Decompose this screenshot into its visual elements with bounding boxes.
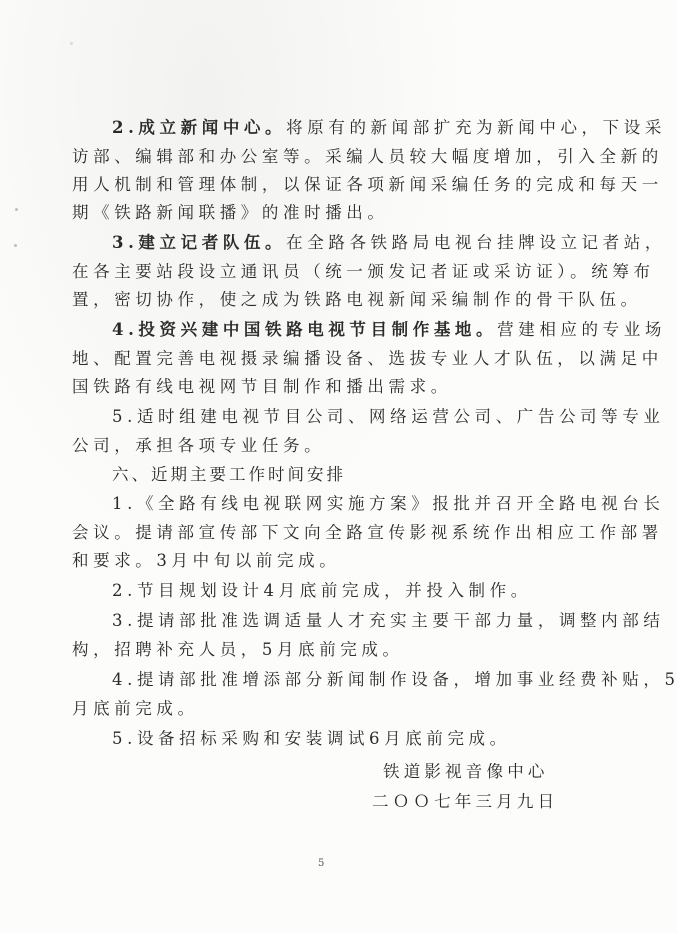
schedule-item-2-line-1: 2.节目规划设计4月底前完成，并投入制作。: [112, 581, 652, 601]
scan-speck: [14, 244, 17, 247]
item-4-text: 营建相应的专业场: [497, 320, 666, 339]
item-2-text: 将原有的新闻部扩充为新闻中心，下设采: [286, 118, 666, 137]
schedule-item-5-line-1: 5.设备招标采购和安装调试6月底前完成。: [112, 729, 652, 749]
paragraph-item-2-line-1: 2.成立新闻中心。将原有的新闻部扩充为新闻中心，下设采: [112, 118, 652, 138]
paragraph-item-4-line-1: 4.投资兴建中国铁路电视节目制作基地。营建相应的专业场: [112, 320, 652, 340]
item-4-title: 4.投资兴建中国铁路电视节目制作基地。: [112, 320, 497, 339]
schedule-item-1-line-1: 1.《全路有线电视联网实施方案》报批并召开全路电视台长: [112, 494, 652, 514]
paragraph-item-3-line-2: 在各主要站段设立通讯员（统一颁发记者证或采访证）。统筹布: [72, 262, 612, 282]
signature-date: 二ＯＯ七年三月九日: [372, 792, 558, 812]
page-number: 5: [318, 858, 324, 869]
schedule-item-3-line-1: 3.提请部批准选调适量人才充实主要干部力量，调整内部结: [112, 611, 652, 631]
scanned-page: 2.成立新闻中心。将原有的新闻部扩充为新闻中心，下设采 访部、编辑部和办公室等。…: [0, 0, 678, 933]
signature-organization: 铁道影视音像中心: [383, 762, 549, 782]
item-3-text: 在全路各铁路局电视台挂牌设立记者站，: [286, 233, 666, 252]
schedule-item-4-line-2: 月底前完成。: [72, 699, 612, 719]
paragraph-item-4-line-2: 地、配置完善电视摄录编播设备、选拔专业人才队伍，以满足中: [72, 349, 612, 369]
paragraph-item-2-line-4: 期《铁路新闻联播》的准时播出。: [72, 203, 612, 223]
scan-speck: [70, 42, 73, 45]
schedule-item-1-line-3: 和要求。3月中旬以前完成。: [72, 551, 612, 571]
item-3-title: 3.建立记者队伍。: [112, 233, 286, 252]
schedule-item-4-line-1: 4.提请部批准增添部分新闻制作设备，增加事业经费补贴，5: [112, 670, 652, 690]
section-heading: 六、近期主要工作时间安排: [112, 465, 652, 485]
paragraph-item-5-line-1: 5.适时组建电视节目公司、网络运营公司、广告公司等专业: [112, 407, 652, 427]
paragraph-item-4-line-3: 国铁路有线电视网节目制作和播出需求。: [72, 377, 612, 397]
schedule-item-3-line-2: 构，招聘补充人员，5月底前完成。: [72, 640, 612, 660]
paragraph-item-5-line-2: 公司，承担各项专业任务。: [72, 436, 612, 456]
schedule-item-1-line-2: 会议。提请部宣传部下文向全路宣传影视系统作出相应工作部署: [72, 523, 612, 543]
paragraph-item-3-line-3: 置，密切协作，使之成为铁路电视新闻采编制作的骨干队伍。: [72, 290, 612, 310]
item-2-title: 2.成立新闻中心。: [112, 118, 286, 137]
paragraph-item-2-line-3: 用人机制和管理体制，以保证各项新闻采编任务的完成和每天一: [72, 175, 612, 195]
paragraph-item-2-line-2: 访部、编辑部和办公室等。采编人员较大幅度增加，引入全新的: [72, 147, 612, 167]
paragraph-item-3-line-1: 3.建立记者队伍。在全路各铁路局电视台挂牌设立记者站，: [112, 233, 652, 253]
scan-speck: [15, 208, 18, 211]
